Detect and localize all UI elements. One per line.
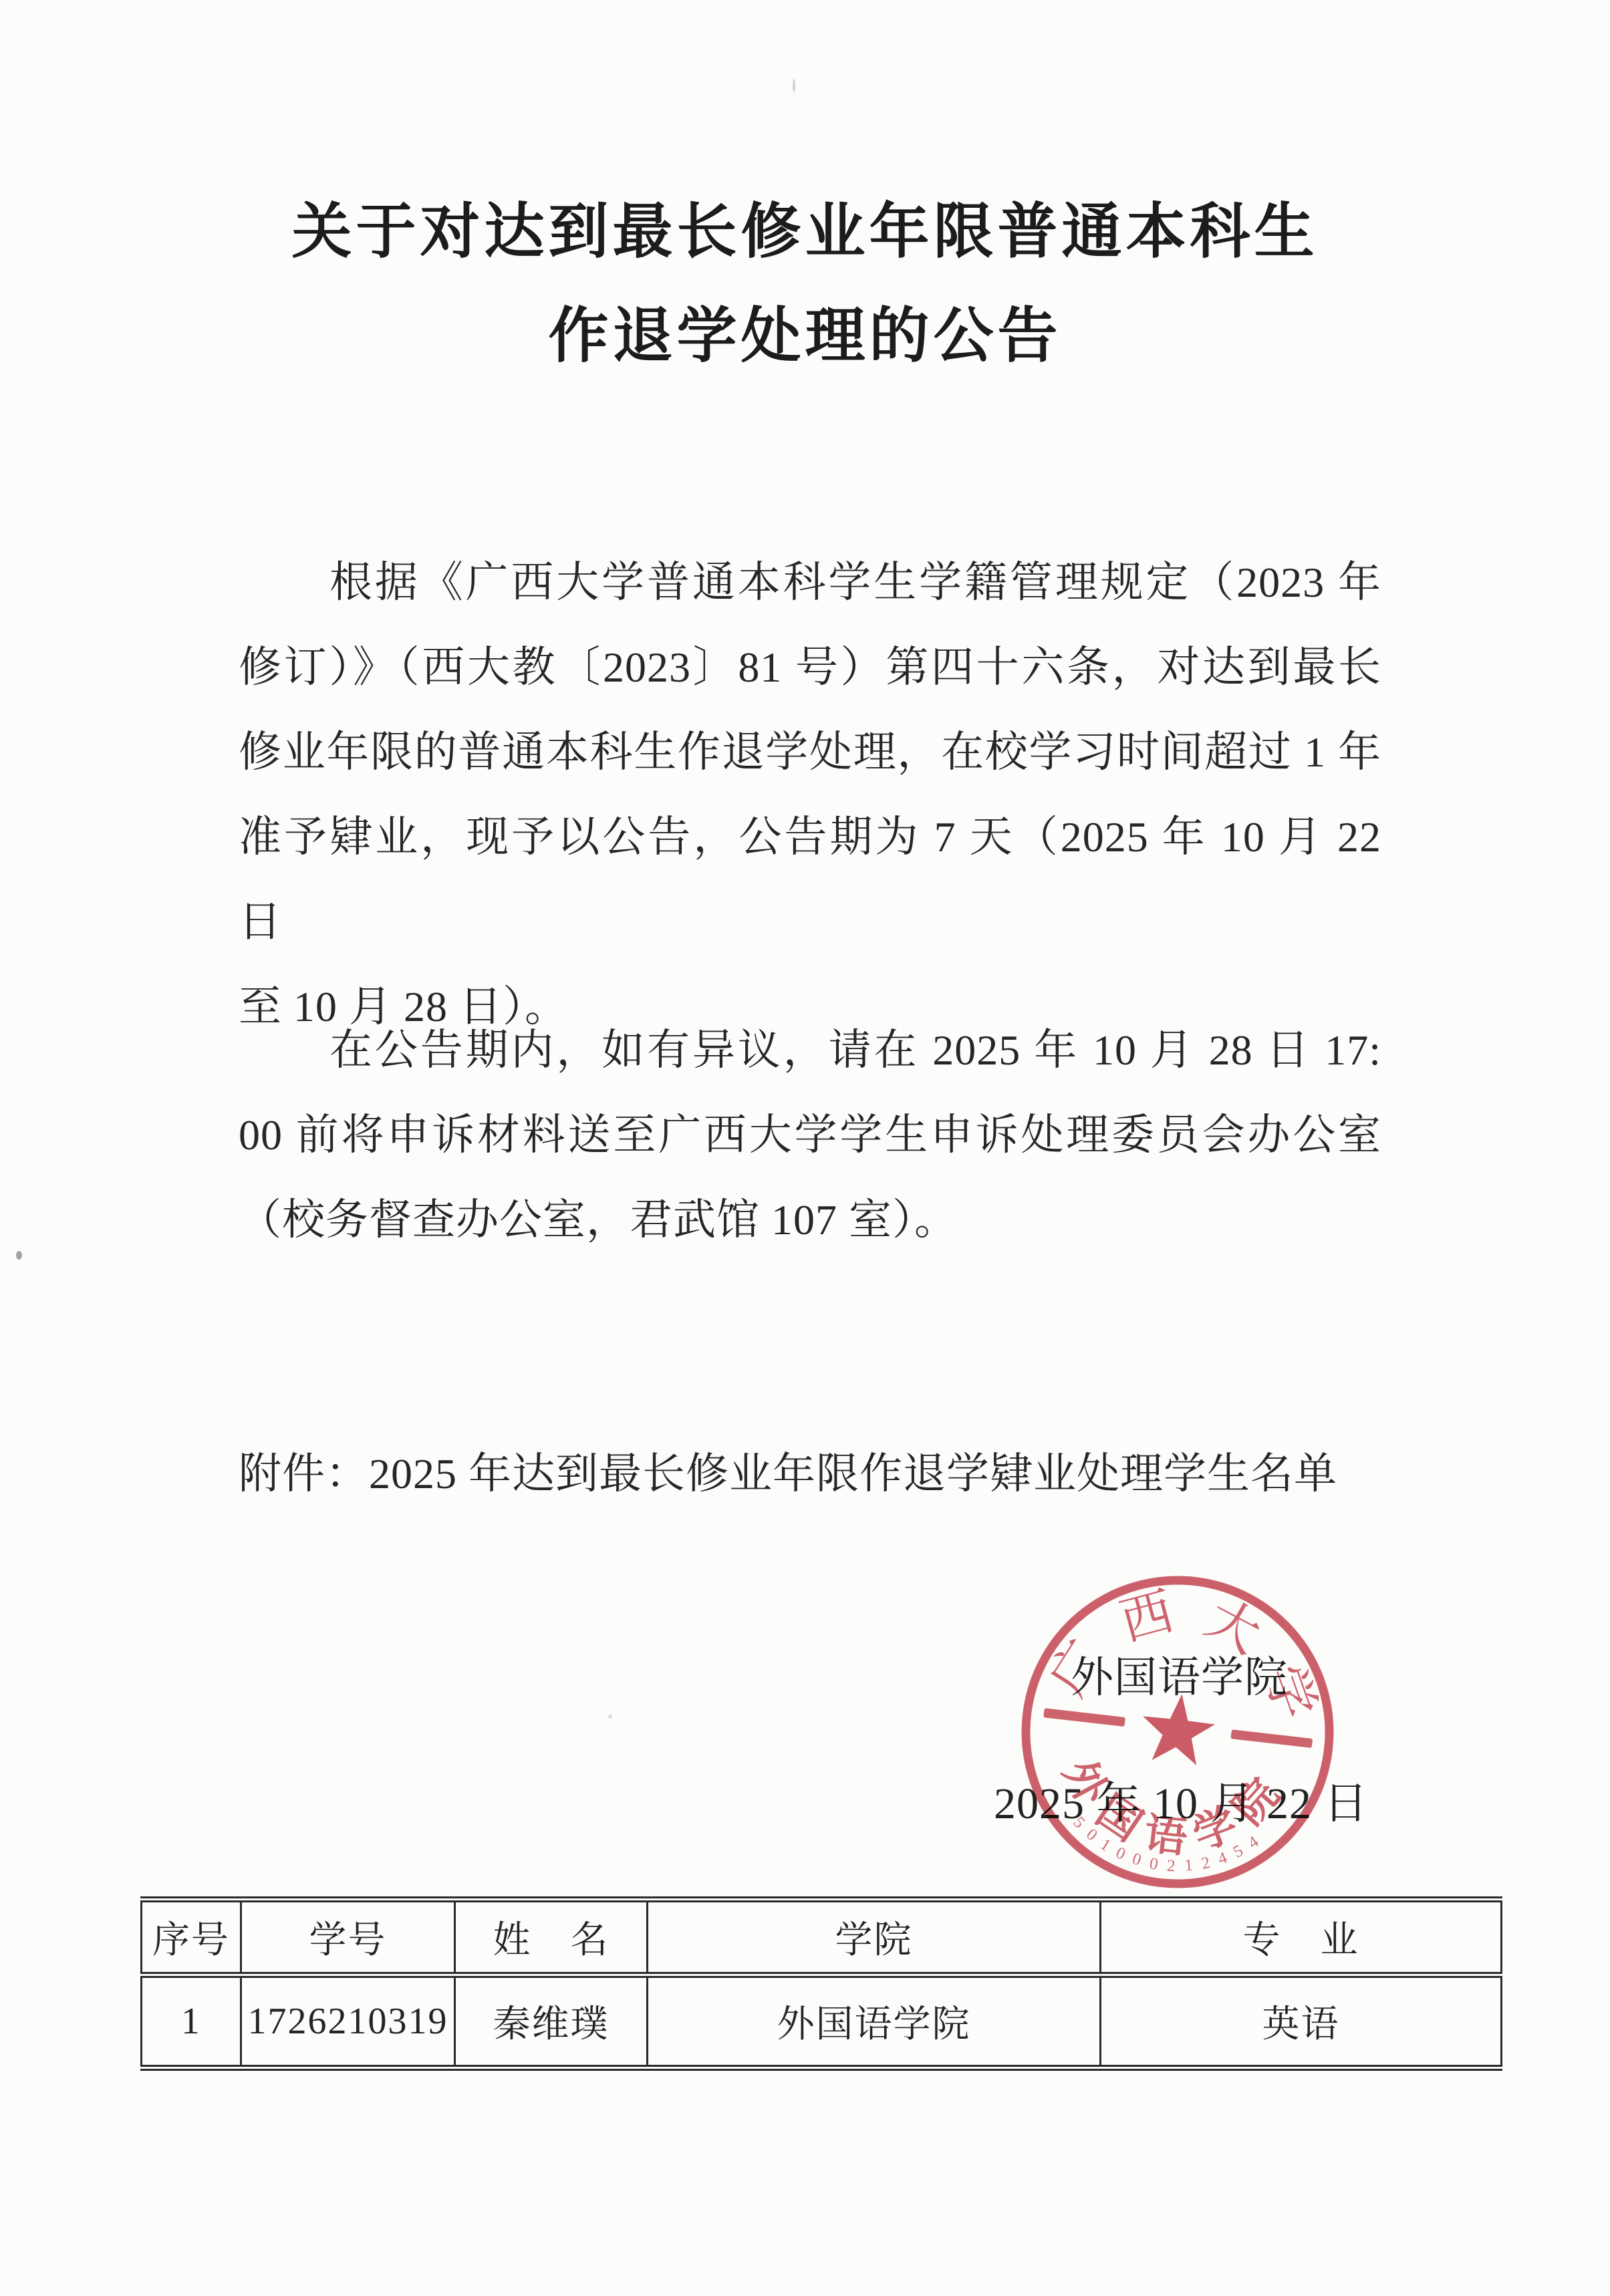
notice-title-line2: 作退学处理的公告 xyxy=(0,302,1610,372)
cell-index: 1 xyxy=(142,1975,241,2068)
table-header-index: 序号 xyxy=(142,1900,241,1975)
paragraph-2-line: 在公告期内，如有异议，请在 2025 年 10 月 28 日 17: xyxy=(239,1008,1381,1093)
seal-serial-digit: 2 xyxy=(1166,1857,1176,1876)
seal-arc-char: 西 xyxy=(1114,1582,1180,1651)
seal-serial-digit: 1 xyxy=(1097,1836,1113,1855)
seal-serial-digit: 5 xyxy=(1230,1842,1246,1862)
table-header-college: 学院 xyxy=(648,1900,1101,1975)
table-header-student-id: 学号 xyxy=(241,1900,455,1975)
official-seal-stamp: 广 西 大 学 外 国 语 学 院 5 0 1 0 0 0 2 1 2 4 xyxy=(1004,1558,1351,1906)
seal-group: 广 西 大 学 外 国 语 学 院 5 0 1 0 0 0 2 1 2 4 xyxy=(1010,1564,1345,1900)
seal-serial-digit: 4 xyxy=(1216,1848,1230,1868)
seal-serial-digit: 0 xyxy=(1113,1844,1128,1864)
cell-college: 外国语学院 xyxy=(648,1975,1101,2068)
table-header-major: 专 业 xyxy=(1101,1900,1502,1975)
seal-star-icon xyxy=(1138,1690,1218,1767)
scanned-notice-page: { "title": { "line1": "关于对达到最长修业年限普通本科生"… xyxy=(0,0,1610,2296)
paragraph-2-line: 00 前将申诉材料送至广西大学学生申诉处理委员会办公室 xyxy=(239,1093,1381,1177)
student-list-table: 序号 学号 姓 名 学院 专 业 1 1726210319 秦维璞 外国语学院 … xyxy=(140,1896,1502,2071)
table-row: 1 1726210319 秦维璞 外国语学院 英语 xyxy=(142,1975,1502,2068)
table-header-name: 姓 名 xyxy=(455,1900,648,1975)
paragraph-1: 根据《广西大学普通本科学生学籍管理规定（2023 年 修订）》（西大教〔2023… xyxy=(239,540,1381,1049)
seal-serial-digit: 1 xyxy=(1184,1856,1194,1875)
seal-serial-digit: 4 xyxy=(1245,1832,1262,1852)
cell-student-id: 1726210319 xyxy=(241,1975,455,2068)
seal-arc-char: 广 xyxy=(1039,1630,1115,1706)
seal-serial-digit: 0 xyxy=(1130,1850,1144,1870)
seal-serial-digit: 0 xyxy=(1083,1825,1101,1844)
seal-right-bar xyxy=(1230,1729,1313,1748)
paragraph-1-line: 准予肄业，现予以公告，公告期为 7 天（2025 年 10 月 22 日 xyxy=(239,795,1381,964)
attachment-line: 附件：2025 年达到最长修业年限作退学肄业处理学生名单 xyxy=(239,1431,1508,1516)
scan-speck xyxy=(608,1715,612,1719)
scan-speck xyxy=(793,79,795,92)
paragraph-1-line: 修业年限的普通本科生作退学处理，在校学习时间超过 1 年 xyxy=(239,710,1381,795)
seal-arc-char: 语 xyxy=(1142,1810,1190,1862)
seal-university-arc: 广 西 大 学 xyxy=(1035,1569,1338,1733)
paragraph-1-line: 根据《广西大学普通本科学生学籍管理规定（2023 年 xyxy=(239,540,1381,625)
notice-title-line1: 关于对达到最长修业年限普通本科生 xyxy=(0,198,1610,267)
scan-speck xyxy=(16,1251,22,1260)
paragraph-2-line: （校务督查办公室，君武馆 107 室）。 xyxy=(239,1177,1381,1262)
seal-left-bar xyxy=(1043,1708,1125,1727)
seal-serial-digit: 5 xyxy=(1069,1814,1088,1832)
paragraph-2: 在公告期内，如有异议，请在 2025 年 10 月 28 日 17: 00 前将… xyxy=(239,1008,1381,1262)
cell-name: 秦维璞 xyxy=(455,1975,648,2068)
paragraph-1-line: 修订）》（西大教〔2023〕81 号）第四十六条，对达到最长 xyxy=(239,625,1381,710)
table-header-row: 序号 学号 姓 名 学院 专 业 xyxy=(142,1900,1502,1975)
cell-major: 英语 xyxy=(1101,1975,1502,2068)
